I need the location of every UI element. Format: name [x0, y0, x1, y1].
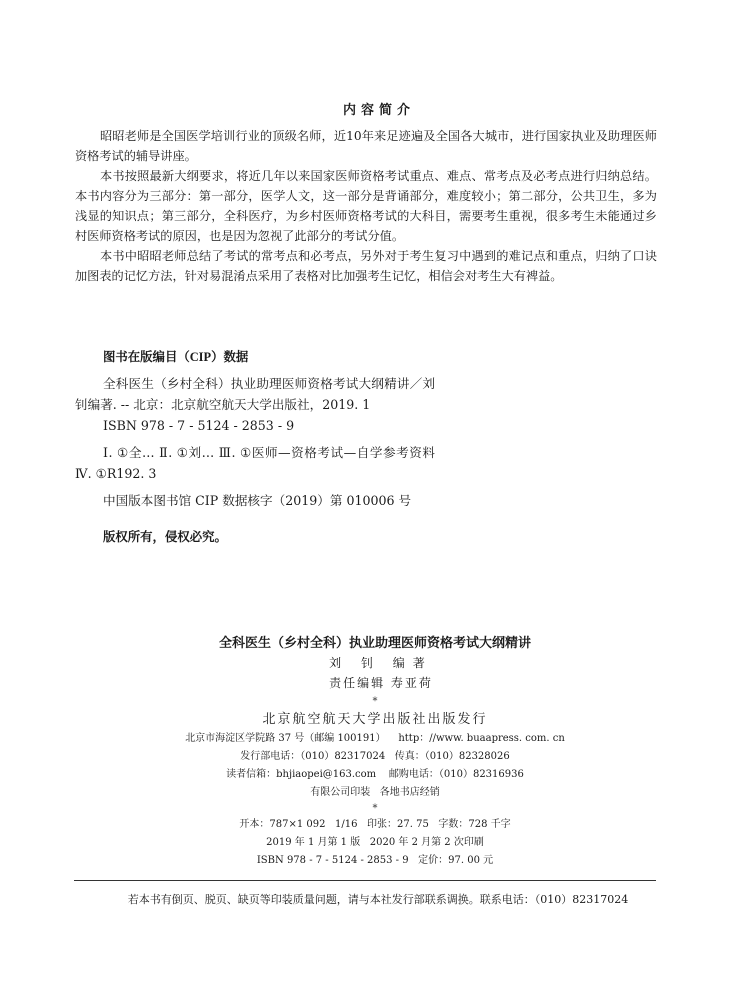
cip-isbn: ISBN 978 - 7 - 5124 - 2853 - 9	[75, 415, 435, 436]
intro-paragraph: 昭昭老师是全国医学培训行业的顶级名师，近10年来足迹遍及全国各大城市，进行国家执…	[75, 126, 657, 166]
asterisk-separator: *	[0, 802, 750, 816]
footer-divider	[74, 880, 656, 881]
cip-number: 中国版本图书馆 CIP 数据核字（2019）第 010006 号	[75, 490, 435, 511]
intro-paragraph: 本书中昭昭老师总结了考试的常考点和必考点，另外对于考生复习中遇到的难记点和重点，…	[75, 246, 657, 286]
intro-title: 内容简介	[0, 99, 750, 118]
cip-title-entry: 全科医生（乡村全科）执业助理医师资格考试大纲精讲／刘钊编著. -- 北京：北京航…	[75, 373, 435, 415]
cip-heading-abbr: CIP	[190, 350, 211, 364]
intro-body: 昭昭老师是全国医学培训行业的顶级名师，近10年来足迹遍及全国各大城市，进行国家执…	[75, 126, 657, 286]
colophon-editor: 责任编辑 寿亚荷	[0, 674, 750, 692]
intro-paragraph: 本书按照最新大纲要求，将近几年以来国家医师资格考试重点、难点、常考点及必考点进行…	[75, 166, 657, 246]
asterisk-separator: *	[0, 694, 750, 710]
colophon-address: 北京市海淀区学院路 37 号（邮编 100191） http：//www. bu…	[0, 730, 750, 748]
colophon-edition: 2019 年 1 月第 1 版 2020 年 2 月第 2 次印刷	[0, 834, 750, 852]
footer-note: 若本书有倒页、脱页、缺页等印装质量问题，请与本社发行部联系调换。联系电话：（01…	[0, 892, 750, 908]
cip-heading: 图书在版编目（CIP）数据	[103, 347, 435, 367]
colophon-isbn-price: ISBN 978 - 7 - 5124 - 2853 - 9 定价：97. 00…	[0, 852, 750, 870]
colophon-author: 刘 钊 编著	[0, 654, 750, 672]
colophon-email: 读者信箱：bhjiaopei@163.com 邮购电话：（010）8231693…	[0, 766, 750, 784]
colophon-phones: 发行部电话：（010）82317024 传真：（010）82328026	[0, 748, 750, 766]
cip-heading-prefix: 图书在版编目（	[103, 349, 190, 364]
colophon-printing: 有限公司印装 各地书店经销	[0, 784, 750, 802]
colophon: 全科医生（乡村全科）执业助理医师资格考试大纲精讲 刘 钊 编著 责任编辑 寿亚荷…	[0, 634, 750, 870]
cip-block: 图书在版编目（CIP）数据 全科医生（乡村全科）执业助理医师资格考试大纲精讲／刘…	[75, 347, 435, 547]
cip-classification: Ⅰ. ①全… Ⅱ. ①刘… Ⅲ. ①医师—资格考试—自学参考资料 Ⅳ. ①R19…	[75, 442, 435, 484]
copyright-page: 内容简介 昭昭老师是全国医学培训行业的顶级名师，近10年来足迹遍及全国各大城市，…	[0, 0, 750, 1000]
rights-notice: 版权所有，侵权必究。	[103, 527, 435, 547]
colophon-publisher: 北京航空航天大学出版社出版发行	[0, 710, 750, 730]
cip-heading-suffix: ）数据	[211, 349, 248, 364]
colophon-book-title: 全科医生（乡村全科）执业助理医师资格考试大纲精讲	[0, 634, 750, 654]
colophon-format: 开本：787×1 092 1/16 印张：27. 75 字数：728 千字	[0, 816, 750, 834]
